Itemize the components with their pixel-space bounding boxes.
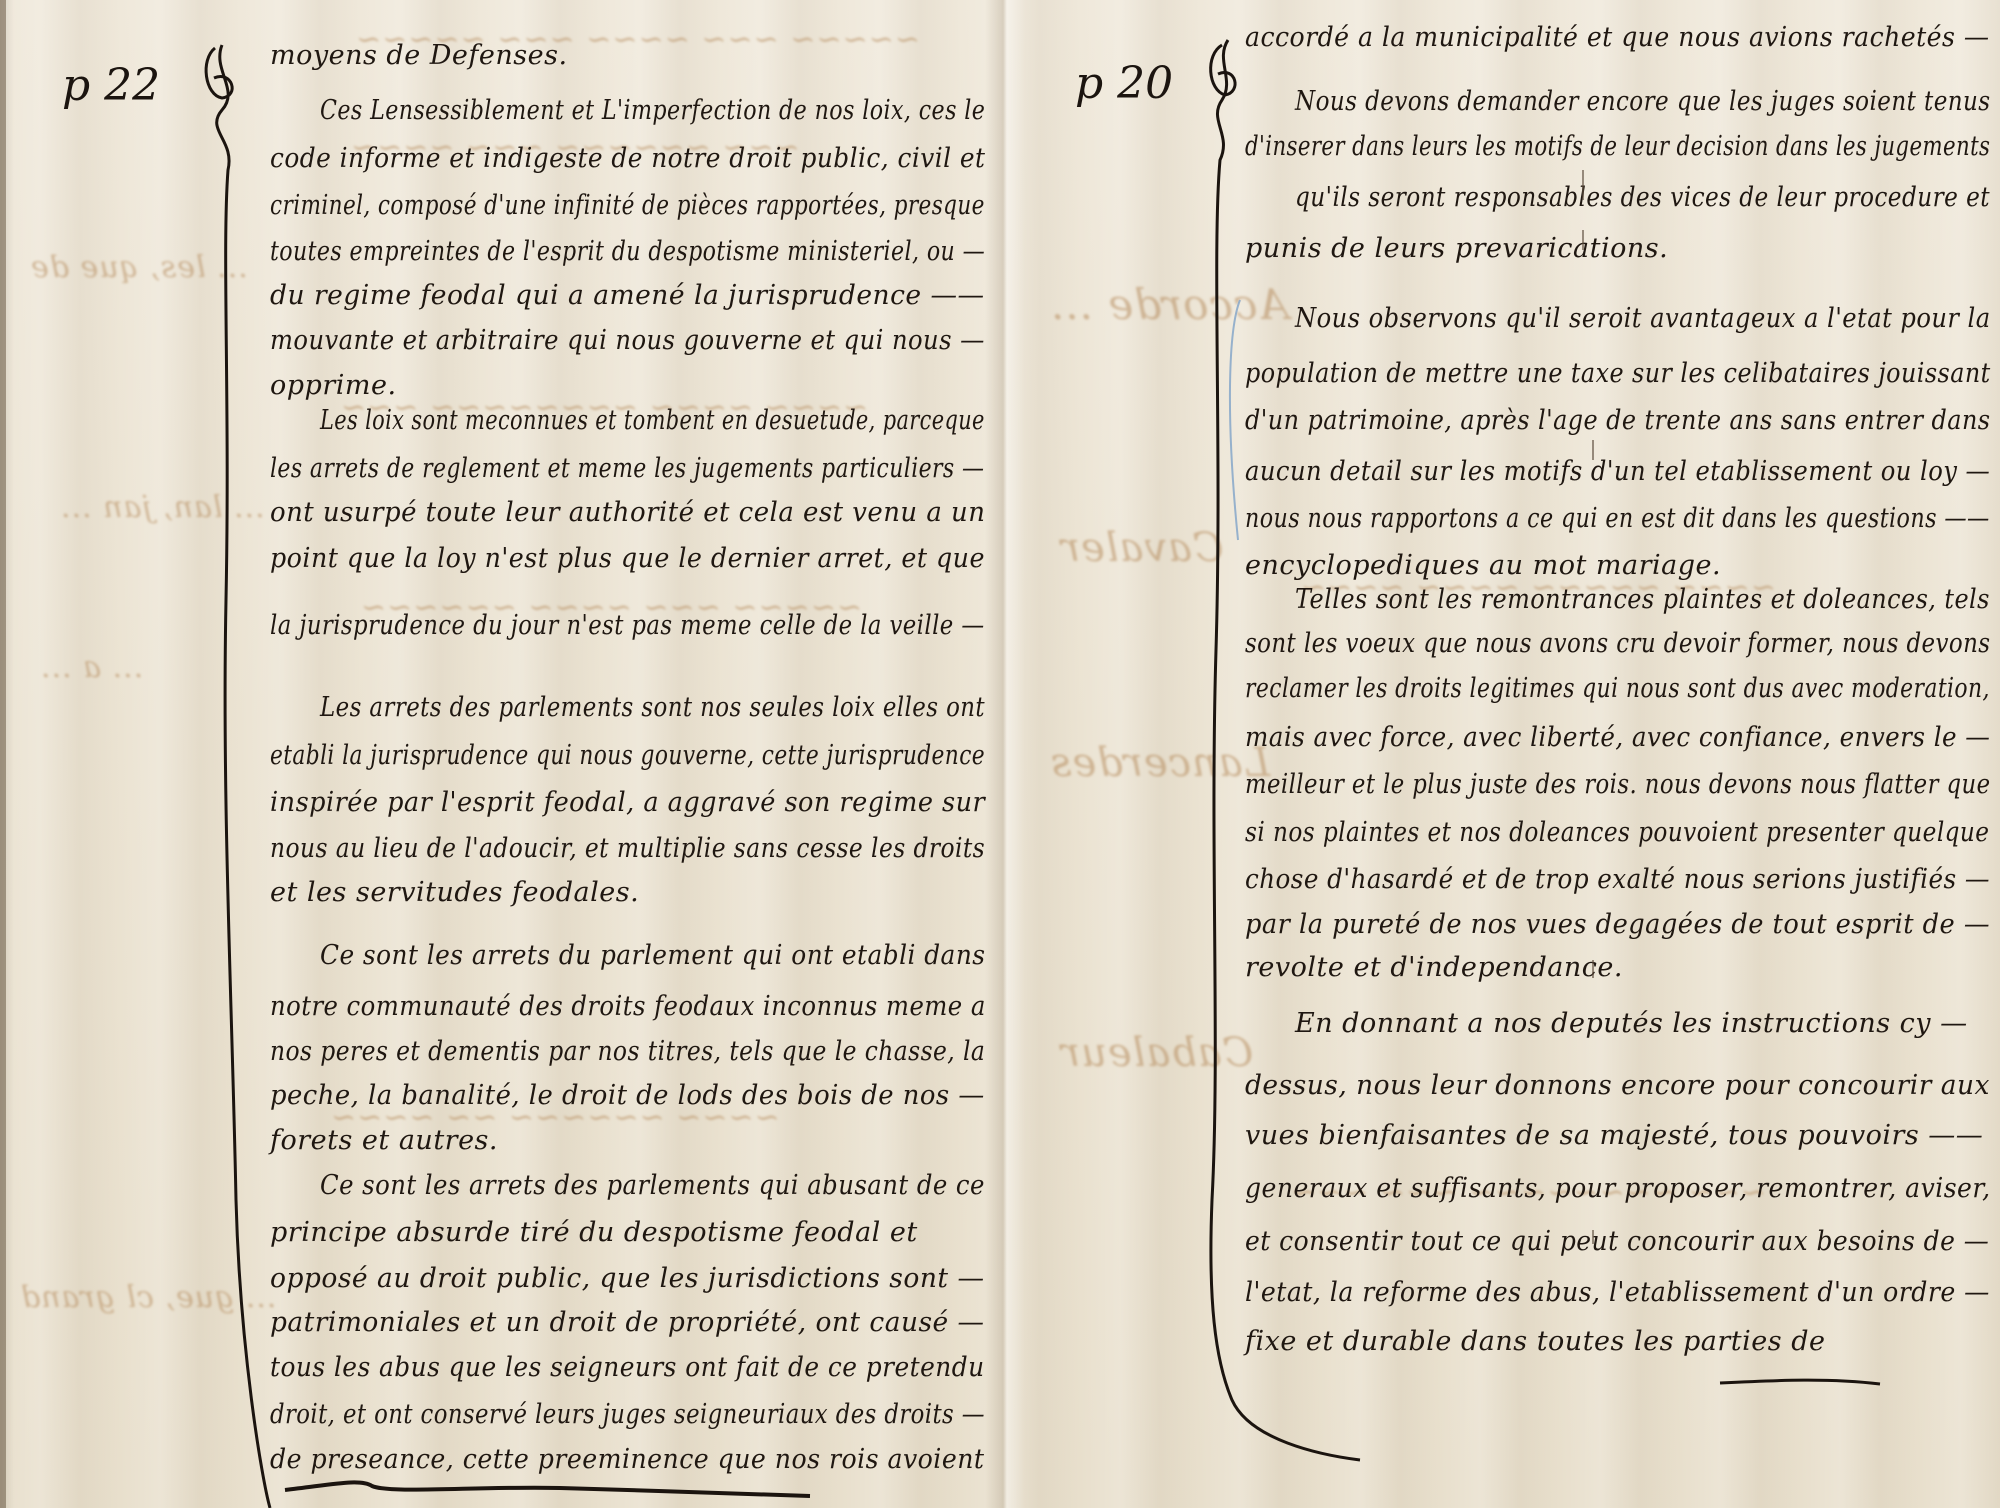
text-line: l'etat, la reforme des abus, l'etablisse… <box>1245 1277 1990 1308</box>
pencil-mark <box>1582 170 1584 200</box>
folio-number: p 22 <box>62 60 160 111</box>
text-line: si nos plaintes et nos doleances pouvoie… <box>1245 817 1989 848</box>
text-line: Nous devons demander encore que les juge… <box>1295 86 1991 117</box>
text-line: du regime feodal qui a amené la jurispru… <box>270 280 985 311</box>
folio-number: p 20 <box>1075 58 1173 109</box>
text-line: inspirée par l'esprit feodal, a aggravé … <box>270 787 985 818</box>
text-line: peche, la banalité, le droit de lods des… <box>270 1080 985 1111</box>
text-line: etabli la jurisprudence qui nous gouvern… <box>270 740 985 771</box>
text-line: d'inserer dans leurs les motifs de leur … <box>1245 131 1990 162</box>
pencil-mark <box>1582 230 1584 250</box>
text-line: et les servitudes feodales. <box>270 877 639 908</box>
text-line: sont les voeux que nous avons cru devoir… <box>1245 628 1990 659</box>
text-line: Telles sont les remontrances plaintes et… <box>1295 584 1990 615</box>
text-line: fixe et durable dans toutes les parties … <box>1245 1326 1825 1357</box>
text-line: En donnant a nos deputés les instruction… <box>1295 1008 1968 1039</box>
text-line: dessus, nous leur donnons encore pour co… <box>1245 1070 1990 1101</box>
text-line: Ces Lensessiblement et L'imperfection de… <box>320 95 985 126</box>
text-line: toutes empreintes de l'esprit du despoti… <box>270 236 985 267</box>
text-line: Nous observons qu'il seroit avantageux a… <box>1295 303 1991 334</box>
text-line: nous nous rapportons a ce qui en est dit… <box>1245 503 1990 534</box>
pencil-mark <box>1592 960 1594 978</box>
pencil-mark <box>1592 1230 1594 1244</box>
text-line: et consentir tout ce qui peut concourir … <box>1245 1226 1989 1257</box>
text-line: notre communauté des droits feodaux inco… <box>270 991 986 1022</box>
text-line: population de mettre une taxe sur les ce… <box>1245 358 1991 389</box>
manuscript-spread: ... les, que de ... lan, jan ... ... a .… <box>0 0 2000 1508</box>
text-line: Les arrets des parlements sont nos seule… <box>320 692 985 723</box>
text-line: Ce sont les arrets des parlements qui ab… <box>320 1170 985 1201</box>
text-line: la jurisprudence du jour n'est pas meme … <box>270 610 985 641</box>
text-line: patrimoniales et un droit de propriété, … <box>270 1307 984 1338</box>
text-line: nos peres et dementis par nos titres, te… <box>270 1036 985 1067</box>
text-line: vues bienfaisantes de sa majesté, tous p… <box>1245 1120 1983 1151</box>
text-line: Ce sont les arrets du parlement qui ont … <box>320 940 985 971</box>
text-line: mouvante et arbitraire qui nous gouverne… <box>270 325 985 356</box>
text-line: ont usurpé toute leur authorité et cela … <box>270 497 985 528</box>
text-line: principe absurde tiré du despotisme feod… <box>270 1217 918 1248</box>
text-line: Les loix sont meconnues et tombent en de… <box>320 405 985 436</box>
text-line: les arrets de reglement et meme les juge… <box>270 453 984 484</box>
text-line: chose d'hasardé et de trop exalté nous s… <box>1245 864 1990 895</box>
text-line: tous les abus que les seigneurs ont fait… <box>270 1352 985 1383</box>
text-line: meilleur et le plus juste des rois. nous… <box>1245 769 1991 800</box>
text-line: d'un patrimoine, après l'age de trente a… <box>1245 405 1991 436</box>
text-line: accordé a la municipalité et que nous av… <box>1245 22 1989 53</box>
text-line: de preseance, cette preeminence que nos … <box>270 1444 985 1475</box>
text-line: punis de leurs prevarications. <box>1245 233 1668 264</box>
text-line: revolte et d'independance. <box>1245 952 1623 983</box>
text-line: forets et autres. <box>270 1125 498 1156</box>
pencil-mark <box>1592 440 1594 460</box>
text-line: code informe et indigeste de notre droit… <box>270 143 985 174</box>
text-line: reclamer les droits legitimes qui nous s… <box>1245 673 1990 704</box>
text-line: droit, et ont conservé leurs juges seign… <box>270 1399 985 1430</box>
text-line: nous au lieu de l'adoucir, et multiplie … <box>270 833 985 864</box>
text-line: point que la loy n'est plus que le derni… <box>270 543 985 574</box>
text-line: aucun detail sur les motifs d'un tel eta… <box>1245 456 1990 487</box>
text-line: qu'ils seront responsables des vices de … <box>1295 182 1990 213</box>
text-line: encyclopediques au mot mariage. <box>1245 550 1721 581</box>
text-line: mais avec force, avec liberté, avec conf… <box>1245 722 1990 753</box>
text-line: opprime. <box>270 370 397 401</box>
text-line: par la pureté de nos vues degagées de to… <box>1245 909 1990 940</box>
text-line: moyens de Defenses. <box>270 40 568 71</box>
text-line: opposé au droit public, que les jurisdic… <box>270 1263 984 1294</box>
text-line: criminel, composé d'une infinité de pièc… <box>270 190 985 221</box>
text-line: generaux et suffisants, pour proposer, r… <box>1245 1173 1991 1204</box>
